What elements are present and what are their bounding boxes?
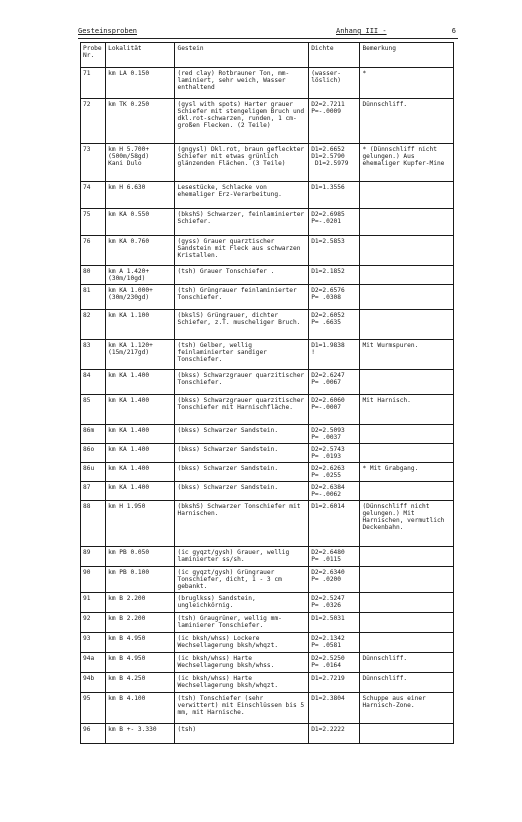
cell-gestein: (tsh) Grauer Tonschiefer . [175, 266, 309, 285]
cell-probe-nr: 73 [81, 144, 106, 182]
cell-bemerkung [360, 370, 454, 395]
cell-gestein: (ic gyqzt/gysh) Grauer, wellig laminiert… [175, 547, 309, 567]
cell-lokalitaet: km B 2.200 [106, 593, 175, 613]
cell-lokalitaet: km KA 1.120+ (15m/217gd) [106, 340, 175, 370]
cell-lokalitaet: km H 5.700+ (500m/58gd) Kani Dulo [106, 144, 175, 182]
table-row: 82km KA 1.100(bkslS) Grüngrauer, dichter… [81, 310, 454, 340]
cell-probe-nr: 94a [81, 653, 106, 673]
table-row: 92km B 2.200(tsh) Graugrüner, wellig mm-… [81, 613, 454, 633]
cell-bemerkung [360, 724, 454, 744]
header-title: Gesteinsproben [78, 26, 137, 37]
cell-probe-nr: 76 [81, 236, 106, 266]
table-row: 96km B +- 3.330(tsh)D1=2.2222 [81, 724, 454, 744]
cell-probe-nr: 89 [81, 547, 106, 567]
column-header-gestein: Gestein [175, 43, 309, 68]
cell-lokalitaet: km TK 0.250 [106, 99, 175, 144]
cell-bemerkung [360, 285, 454, 310]
table-row: 80km A 1.420+ (30m/10gd)(tsh) Grauer Ton… [81, 266, 454, 285]
table-row: 87km KA 1.400(bkss) Schwarzer Sandstein.… [81, 482, 454, 501]
cell-bemerkung [360, 266, 454, 285]
cell-probe-nr: 87 [81, 482, 106, 501]
cell-probe-nr: 92 [81, 613, 106, 633]
column-header-lokalitaet: Lokalität [106, 43, 175, 68]
cell-lokalitaet: km B 4.950 [106, 633, 175, 653]
cell-bemerkung [360, 593, 454, 613]
cell-probe-nr: 91 [81, 593, 106, 613]
cell-lokalitaet: km H 6.630 [106, 182, 175, 209]
cell-gestein: Lesestücke, Schlacke von ehemaliger Erz-… [175, 182, 309, 209]
samples-table: Probe Nr. Lokalität Gestein Dichte Bemer… [80, 42, 454, 744]
cell-gestein: (tsh) Gelber, wellig feinlaminierter san… [175, 340, 309, 370]
cell-lokalitaet: km KA 1.100 [106, 310, 175, 340]
cell-dichte: D2=2.5247 P= .0326 [309, 593, 360, 613]
column-header-probe-nr: Probe Nr. [81, 43, 106, 68]
cell-dichte: D2=2.6052 P= .6635 [309, 310, 360, 340]
header-appendix: Anhang III - [336, 26, 387, 37]
table-row: 86ukm KA 1.400(bkss) Schwarzer Sandstein… [81, 463, 454, 482]
cell-gestein: (bkss) Schwarzer Sandstein. [175, 463, 309, 482]
cell-bemerkung [360, 633, 454, 653]
table-row: 85km KA 1.400(bkss) Schwarzgrauer quarzi… [81, 395, 454, 425]
cell-dichte: D1=1.3556 [309, 182, 360, 209]
cell-probe-nr: 90 [81, 567, 106, 593]
cell-probe-nr: 84 [81, 370, 106, 395]
cell-bemerkung: Schuppe aus einer Harnisch-Zone. [360, 693, 454, 724]
page-header: Gesteinsproben Anhang III - 6 [78, 26, 458, 39]
cell-dichte: D2=2.6384 P=-.0062 [309, 482, 360, 501]
cell-dichte: D2=2.5250 P= .0164 [309, 653, 360, 673]
cell-gestein: (tsh) Tonschiefer (sehr verwittert) mit … [175, 693, 309, 724]
cell-gestein: (bkss) Schwarzgrauer quarzitischer Tonsc… [175, 370, 309, 395]
page-number: 6 [452, 26, 456, 37]
table-row: 94bkm B 4.250(ic bksh/whss) Harte Wechse… [81, 673, 454, 693]
cell-probe-nr: 86o [81, 444, 106, 463]
table-row: 74km H 6.630Lesestücke, Schlacke von ehe… [81, 182, 454, 209]
cell-lokalitaet: km KA 1.400 [106, 444, 175, 463]
cell-probe-nr: 83 [81, 340, 106, 370]
cell-dichte: D2=2.6340 P= .0200 [309, 567, 360, 593]
cell-probe-nr: 95 [81, 693, 106, 724]
cell-dichte: D2=2.6480 P= .0115 [309, 547, 360, 567]
cell-gestein: (tsh) Grüngrauer feinlaminierter Tonschi… [175, 285, 309, 310]
cell-lokalitaet: km KA 1.400 [106, 370, 175, 395]
cell-lokalitaet: km KA 0.550 [106, 209, 175, 236]
cell-dichte: D1=2.5031 [309, 613, 360, 633]
table-body: 71km LA 0.150(red clay) Rotbrauner Ton, … [81, 68, 454, 744]
cell-dichte: D2=2.5093 P= .0037 [309, 425, 360, 444]
cell-gestein: (tsh) [175, 724, 309, 744]
cell-dichte: D2=2.6060 P=-.0007 [309, 395, 360, 425]
cell-probe-nr: 93 [81, 633, 106, 653]
cell-probe-nr: 88 [81, 501, 106, 547]
table-row: 94akm B 4.950(ic bksh/whss) Harte Wechse… [81, 653, 454, 673]
cell-dichte: D1=2.7219 [309, 673, 360, 693]
column-header-dichte: Dichte [309, 43, 360, 68]
table-header-row: Probe Nr. Lokalität Gestein Dichte Bemer… [81, 43, 454, 68]
cell-lokalitaet: km KA 1.000+ (30m/230gd) [106, 285, 175, 310]
cell-bemerkung: Dünnschliff. [360, 653, 454, 673]
cell-dichte: D1=2.6652 D1=2.5790 D1=2.5979 [309, 144, 360, 182]
table-row: 72km TK 0.250(gysl with spots) Harter gr… [81, 99, 454, 144]
cell-bemerkung [360, 310, 454, 340]
cell-lokalitaet: km PB 0.050 [106, 547, 175, 567]
cell-lokalitaet: km PB 0.100 [106, 567, 175, 593]
table-row: 88km H 1.950(bkshS) Schwarzer Tonschiefe… [81, 501, 454, 547]
cell-probe-nr: 96 [81, 724, 106, 744]
cell-dichte: D2=2.6576 P= .0308 [309, 285, 360, 310]
table-row: 84km KA 1.400(bkss) Schwarzgrauer quarzi… [81, 370, 454, 395]
table-row: 83km KA 1.120+ (15m/217gd)(tsh) Gelber, … [81, 340, 454, 370]
cell-gestein: (bkshS) Schwarzer Tonschiefer mit Harnis… [175, 501, 309, 547]
column-header-bemerkung: Bemerkung [360, 43, 454, 68]
cell-gestein: (bkshS) Schwarzer, feinlaminierter Schie… [175, 209, 309, 236]
cell-gestein: (red clay) Rotbrauner Ton, mm-laminiert,… [175, 68, 309, 99]
cell-lokalitaet: km KA 1.400 [106, 425, 175, 444]
cell-dichte: D1=2.5853 [309, 236, 360, 266]
table-row: 76km KA 0.760(gyss) Grauer quarztischer … [81, 236, 454, 266]
cell-bemerkung: * [360, 68, 454, 99]
cell-gestein: (bkslS) Grüngrauer, dichter Schiefer, z.… [175, 310, 309, 340]
cell-dichte: D2=2.1342 P= .0581 [309, 633, 360, 653]
cell-bemerkung [360, 547, 454, 567]
cell-dichte: D2=2.6247 P= .0067 [309, 370, 360, 395]
cell-gestein: (bkss) Schwarzer Sandstein. [175, 444, 309, 463]
cell-bemerkung: Mit Wurmspuren. [360, 340, 454, 370]
cell-lokalitaet: km H 1.950 [106, 501, 175, 547]
cell-dichte: D1=2.2222 [309, 724, 360, 744]
cell-gestein: (ic bksh/whss) Harte Wechsellagerung bks… [175, 673, 309, 693]
cell-probe-nr: 94b [81, 673, 106, 693]
cell-bemerkung [360, 482, 454, 501]
cell-lokalitaet: km A 1.420+ (30m/10gd) [106, 266, 175, 285]
cell-gestein: (tsh) Graugrüner, wellig mm-laminierer T… [175, 613, 309, 633]
cell-probe-nr: 72 [81, 99, 106, 144]
cell-lokalitaet: km LA 0.150 [106, 68, 175, 99]
cell-dichte: D1=2.3804 [309, 693, 360, 724]
cell-lokalitaet: km KA 0.760 [106, 236, 175, 266]
table-row: 93km B 4.950(ic bksh/whss) Lockere Wechs… [81, 633, 454, 653]
table-row: 86okm KA 1.400(bkss) Schwarzer Sandstein… [81, 444, 454, 463]
cell-probe-nr: 81 [81, 285, 106, 310]
cell-gestein: (gyss) Grauer quarztischer Sandstein mit… [175, 236, 309, 266]
table-row: 73km H 5.700+ (500m/58gd) Kani Dulo(gngy… [81, 144, 454, 182]
cell-dichte: D1=2.1852 [309, 266, 360, 285]
table-row: 90km PB 0.100(ic gyqzt/gysh) Grüngrauer … [81, 567, 454, 593]
cell-gestein: (bruglkss) Sandstein, ungleichkörnig. [175, 593, 309, 613]
cell-dichte: D2=2.7211 P=-.0009 [309, 99, 360, 144]
cell-bemerkung: * Mit Grabgang. [360, 463, 454, 482]
cell-dichte: D2=2.6263 P= .0255 [309, 463, 360, 482]
cell-lokalitaet: km B +- 3.330 [106, 724, 175, 744]
cell-bemerkung [360, 425, 454, 444]
table-row: 95km B 4.100(tsh) Tonschiefer (sehr verw… [81, 693, 454, 724]
cell-lokalitaet: km B 4.250 [106, 673, 175, 693]
cell-lokalitaet: km KA 1.400 [106, 395, 175, 425]
cell-bemerkung [360, 613, 454, 633]
table-row: 81km KA 1.000+ (30m/230gd)(tsh) Grüngrau… [81, 285, 454, 310]
cell-probe-nr: 82 [81, 310, 106, 340]
cell-probe-nr: 86m [81, 425, 106, 444]
cell-probe-nr: 85 [81, 395, 106, 425]
cell-gestein: (ic gyqzt/gysh) Grüngrauer Tonschiefer, … [175, 567, 309, 593]
cell-dichte: D2=2.6985 P=-.0201 [309, 209, 360, 236]
cell-lokalitaet: km B 4.950 [106, 653, 175, 673]
table-row: 71km LA 0.150(red clay) Rotbrauner Ton, … [81, 68, 454, 99]
cell-dichte: (wasser- löslich) [309, 68, 360, 99]
cell-bemerkung [360, 209, 454, 236]
cell-bemerkung: Dünnschliff. [360, 99, 454, 144]
table-row: 75km KA 0.550(bkshS) Schwarzer, feinlami… [81, 209, 454, 236]
cell-lokalitaet: km KA 1.400 [106, 463, 175, 482]
cell-gestein: (bkss) Schwarzgrauer quarzitischer Tonsc… [175, 395, 309, 425]
cell-dichte: D2=2.5743 P= .0193 [309, 444, 360, 463]
cell-bemerkung [360, 182, 454, 209]
cell-lokalitaet: km B 4.100 [106, 693, 175, 724]
cell-dichte: D1=2.6014 [309, 501, 360, 547]
cell-probe-nr: 71 [81, 68, 106, 99]
cell-bemerkung: Dünnschliff. [360, 673, 454, 693]
cell-gestein: (bkss) Schwarzer Sandstein. [175, 482, 309, 501]
table-row: 86mkm KA 1.400(bkss) Schwarzer Sandstein… [81, 425, 454, 444]
cell-bemerkung: * (Dünnschliff nicht gelungen.) Aus ehem… [360, 144, 454, 182]
cell-probe-nr: 75 [81, 209, 106, 236]
cell-gestein: (gngysl) Dkl.rot, braun gefleckter Schie… [175, 144, 309, 182]
cell-bemerkung [360, 444, 454, 463]
cell-gestein: (ic bksh/whss) Harte Wechsellagerung bks… [175, 653, 309, 673]
cell-probe-nr: 74 [81, 182, 106, 209]
cell-gestein: (ic bksh/whss) Lockere Wechsellagerung b… [175, 633, 309, 653]
cell-probe-nr: 80 [81, 266, 106, 285]
table-row: 89km PB 0.050(ic gyqzt/gysh) Grauer, wel… [81, 547, 454, 567]
cell-bemerkung [360, 567, 454, 593]
cell-bemerkung: Mit Harnisch. [360, 395, 454, 425]
cell-probe-nr: 86u [81, 463, 106, 482]
cell-bemerkung [360, 236, 454, 266]
cell-gestein: (bkss) Schwarzer Sandstein. [175, 425, 309, 444]
cell-lokalitaet: km B 2.200 [106, 613, 175, 633]
cell-bemerkung: (Dünnschliff nicht gelungen.) Mit Harnis… [360, 501, 454, 547]
cell-lokalitaet: km KA 1.400 [106, 482, 175, 501]
table-row: 91km B 2.200(bruglkss) Sandstein, unglei… [81, 593, 454, 613]
cell-dichte: D1=1.9838 ! [309, 340, 360, 370]
cell-gestein: (gysl with spots) Harter grauer Schiefer… [175, 99, 309, 144]
